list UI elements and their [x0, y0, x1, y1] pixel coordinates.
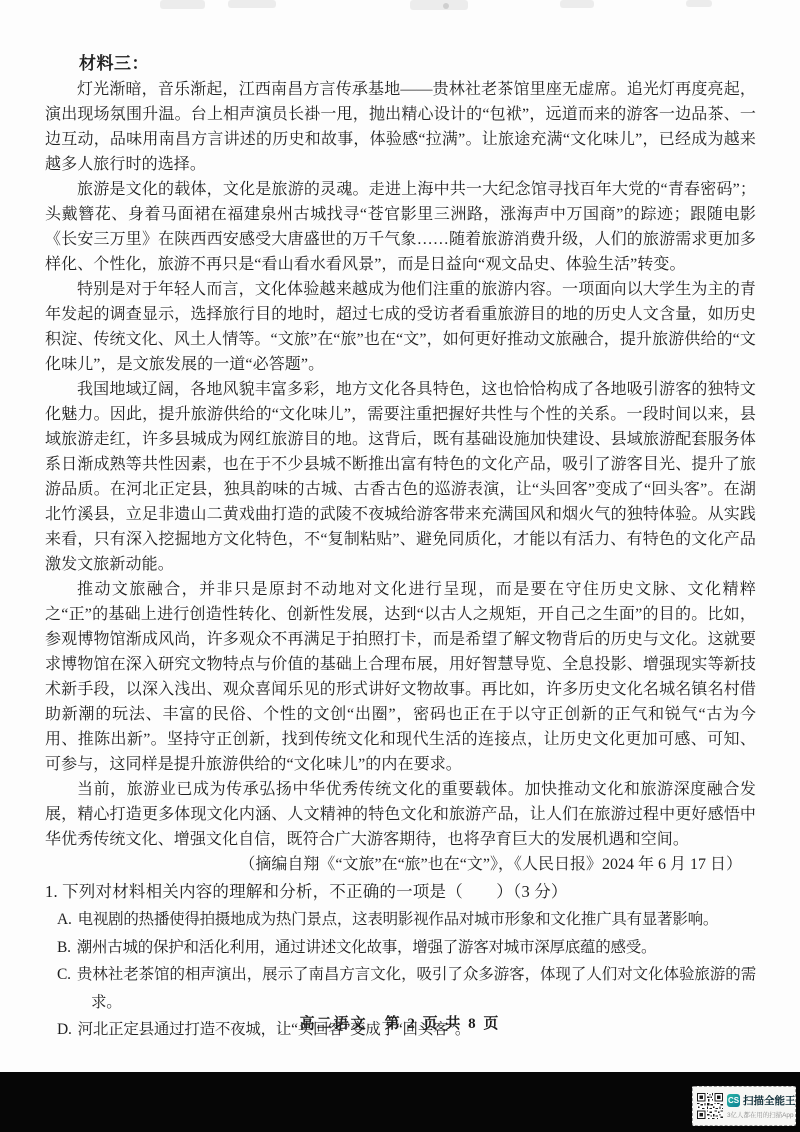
option-c-label: C. [57, 966, 77, 983]
scan-artifact [160, 0, 205, 9]
option-b-label: B. [57, 939, 77, 956]
option-c-text: 贵林社老茶馆的相声演出，展示了南昌方言文化，吸引了众多游客，体现了人们对文化体验… [77, 966, 756, 1011]
watermark-app-name: 扫描全能王 [743, 1093, 796, 1108]
material-paragraph: 当前，旅游业已成为传承弘扬中华优秀传统文化的重要载体。加快推动文化和旅游深度融合… [45, 777, 756, 852]
question-1-stem: 1. 下列对材料相关内容的理解和分析，不正确的一项是（ ）（3 分） [45, 878, 756, 906]
scan-artifact [410, 0, 468, 10]
option-a-text: 电视剧的热播使得拍摄地成为热门景点，这表明影视作品对城市形象和文化推广具有显著影… [78, 911, 719, 928]
camscanner-watermark: CS 扫描全能王 3亿人都在用的扫描App [692, 1086, 796, 1126]
question-1-option-c: C.贵林社老茶馆的相声演出，展示了南昌方言文化，吸引了众多游客，体现了人们对文化… [57, 961, 756, 1016]
option-b-text: 潮州古城的保护和活化利用，通过讲述文化故事，增强了游客对城市深厚底蕴的感受。 [77, 939, 657, 956]
material-three-section: 材料三： 灯光渐暗，音乐渐起，江西南昌方言传承基地——贵林社老茶馆里座无虚席。追… [45, 50, 756, 1044]
scan-bottom-band: CS 扫描全能王 3亿人都在用的扫描App [0, 1072, 800, 1132]
qr-code-icon [697, 1093, 723, 1119]
material-paragraph: 灯光渐暗，音乐渐起，江西南昌方言传承基地——贵林社老茶馆里座无虚席。追光灯再度亮… [45, 77, 756, 177]
watermark-text-block: CS 扫描全能王 3亿人都在用的扫描App [727, 1093, 791, 1120]
question-1-option-b: B.潮州古城的保护和活化利用，通过讲述文化故事，增强了游客对城市深厚底蕴的感受。 [57, 934, 756, 962]
camscanner-logo-icon: CS [727, 1094, 740, 1107]
page-footer: 高二语文 第 2 页 共 8 页 [0, 1012, 800, 1033]
question-1-option-a: A.电视剧的热播使得拍摄地成为热门景点，这表明影视作品对城市形象和文化推广具有显… [57, 906, 756, 934]
material-paragraph: 特别是对于年轻人而言，文化体验越来越成为他们注重的旅游内容。一项面向以大学生为主… [45, 277, 756, 377]
scan-artifact [228, 0, 276, 8]
material-paragraph: 推动文旅融合，并非只是原封不动地对文化进行呈现，而是要在守住历史文脉、文化精粹之… [45, 577, 756, 777]
scanned-exam-page: 材料三： 灯光渐暗，音乐渐起，江西南昌方言传承基地——贵林社老茶馆里座无虚席。追… [0, 0, 800, 1132]
material-paragraph: 我国地域辽阔，各地风貌丰富多彩，地方文化各具特色，这也恰恰构成了各地吸引游客的独… [45, 377, 756, 577]
watermark-tagline: 3亿人都在用的扫描App [727, 1110, 786, 1119]
option-a-label: A. [57, 911, 78, 928]
scan-artifact [686, 0, 712, 7]
source-citation: （摘编自翔《“文旅”在“旅”也在“文”》，《人民日报》2024 年 6 月 17… [45, 852, 756, 877]
material-paragraph: 旅游是文化的载体，文化是旅游的灵魂。走进上海中共一大纪念馆寻找百年大党的“青春密… [45, 177, 756, 277]
material-heading: 材料三： [45, 50, 756, 77]
scan-artifact [443, 3, 449, 9]
scan-artifact [560, 0, 594, 8]
